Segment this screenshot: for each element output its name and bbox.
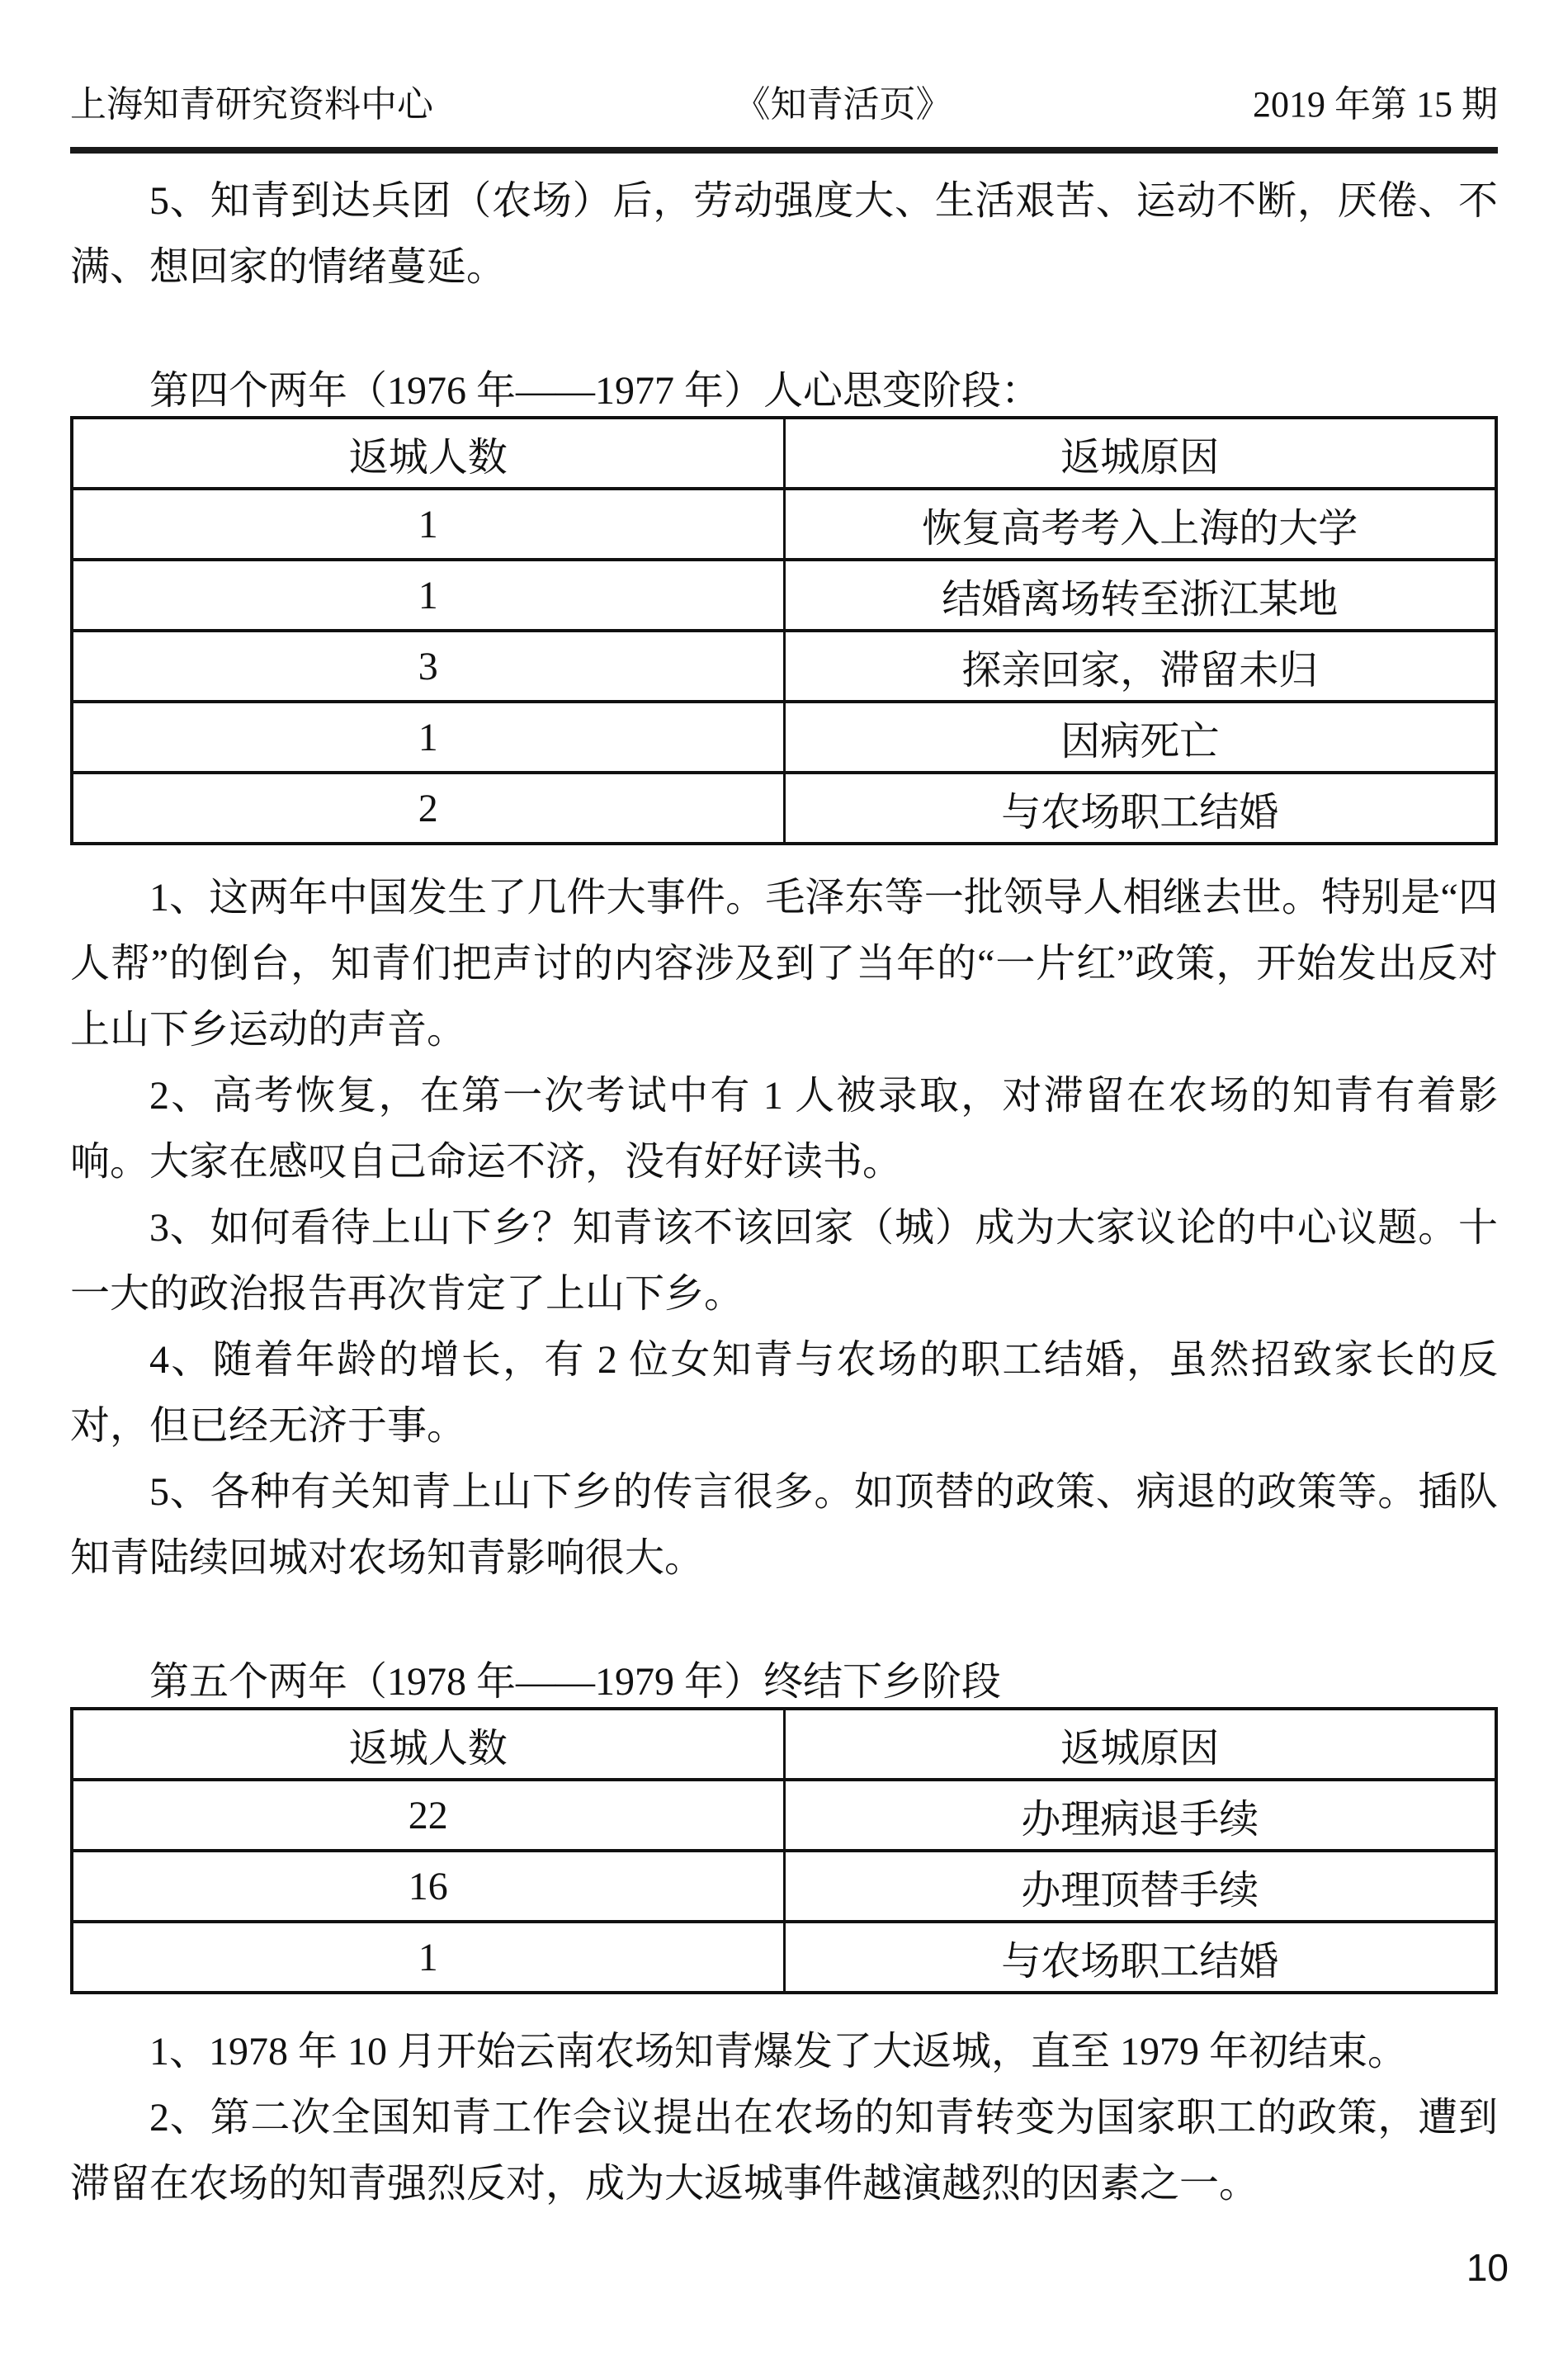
table-row: 1 因病死亡 — [72, 702, 1496, 773]
cell-reason: 办理病退手续 — [784, 1780, 1496, 1851]
cell-count: 1 — [72, 560, 784, 631]
table-row: 2 与农场职工结婚 — [72, 773, 1496, 844]
cell-count: 1 — [72, 702, 784, 773]
table-row: 3 探亲回家，滞留未归 — [72, 631, 1496, 702]
note-paragraph: 1、这两年中国发生了几件大事件。毛泽东等一批领导人相继去世。特别是“四人帮”的倒… — [70, 865, 1498, 1063]
header-right-issue: 2019 年第 15 期 — [1253, 84, 1498, 125]
page-number: 10 — [1466, 2247, 1509, 2288]
table-row: 16 办理顶替手续 — [72, 1851, 1496, 1922]
cell-reason: 与农场职工结婚 — [784, 773, 1496, 844]
cell-reason: 办理顶替手续 — [784, 1851, 1496, 1922]
cell-reason: 探亲回家，滞留未归 — [784, 631, 1496, 702]
table-header-row: 返城人数 返城原因 — [72, 1709, 1496, 1780]
note-paragraph: 1、1978 年 10 月开始云南农场知青爆发了大返城，直至 1979 年初结束… — [70, 2019, 1498, 2085]
document-page: 上海知青研究资料中心 《知青活页》 2019 年第 15 期 5、知青到达兵团（… — [0, 0, 1568, 2374]
note-paragraph: 2、高考恢复，在第一次考试中有 1 人被录取，对滞留在农场的知青有着影响。大家在… — [70, 1063, 1498, 1195]
cell-count: 2 — [72, 773, 784, 844]
section1-notes: 1、这两年中国发生了几件大事件。毛泽东等一批领导人相继去世。特别是“四人帮”的倒… — [70, 865, 1498, 1591]
page-header: 上海知青研究资料中心 《知青活页》 2019 年第 15 期 — [70, 0, 1498, 125]
cell-reason: 恢复高考考入上海的大学 — [784, 489, 1496, 560]
column-header-reason: 返城原因 — [784, 1709, 1496, 1780]
header-center-title: 《知青活页》 — [734, 84, 952, 125]
return-table-1976-1977: 返城人数 返城原因 1 恢复高考考入上海的大学 1 结婚离场转至浙江某地 3 探… — [70, 416, 1498, 845]
note-paragraph: 2、第二次全国知青工作会议提出在农场的知青转变为国家职工的政策，遭到滞留在农场的… — [70, 2085, 1498, 2217]
header-left-title: 上海知青研究资料中心 — [70, 84, 433, 125]
section2-title: 第五个两年（1978 年——1979 年）终结下乡阶段 — [70, 1659, 1498, 1705]
cell-reason: 结婚离场转至浙江某地 — [784, 560, 1496, 631]
cell-count: 16 — [72, 1851, 784, 1922]
column-header-count: 返城人数 — [72, 418, 784, 489]
return-table-1978-1979: 返城人数 返城原因 22 办理病退手续 16 办理顶替手续 1 与农场职工结婚 — [70, 1707, 1498, 1994]
note-paragraph: 3、如何看待上山下乡？知青该不该回家（城）成为大家议论的中心议题。十一大的政治报… — [70, 1195, 1498, 1327]
section1-title: 第四个两年（1976 年——1977 年）人心思变阶段： — [70, 368, 1498, 414]
section2-notes: 1、1978 年 10 月开始云南农场知青爆发了大返城，直至 1979 年初结束… — [70, 2019, 1498, 2217]
cell-count: 1 — [72, 489, 784, 560]
note-paragraph: 5、各种有关知青上山下乡的传言很多。如顶替的政策、病退的政策等。插队知青陆续回城… — [70, 1459, 1498, 1591]
cell-reason: 与农场职工结婚 — [784, 1922, 1496, 1993]
cell-count: 3 — [72, 631, 784, 702]
cell-count: 1 — [72, 1922, 784, 1993]
cell-reason: 因病死亡 — [784, 702, 1496, 773]
header-rule — [70, 147, 1498, 154]
intro-paragraph: 5、知青到达兵团（农场）后，劳动强度大、生活艰苦、运动不断，厌倦、不满、想回家的… — [70, 168, 1498, 300]
note-paragraph: 4、随着年龄的增长，有 2 位女知青与农场的职工结婚，虽然招致家长的反对，但已经… — [70, 1327, 1498, 1459]
table-header-row: 返城人数 返城原因 — [72, 418, 1496, 489]
table-row: 22 办理病退手续 — [72, 1780, 1496, 1851]
table-row: 1 恢复高考考入上海的大学 — [72, 489, 1496, 560]
column-header-count: 返城人数 — [72, 1709, 784, 1780]
table-row: 1 与农场职工结婚 — [72, 1922, 1496, 1993]
table-row: 1 结婚离场转至浙江某地 — [72, 560, 1496, 631]
cell-count: 22 — [72, 1780, 784, 1851]
column-header-reason: 返城原因 — [784, 418, 1496, 489]
